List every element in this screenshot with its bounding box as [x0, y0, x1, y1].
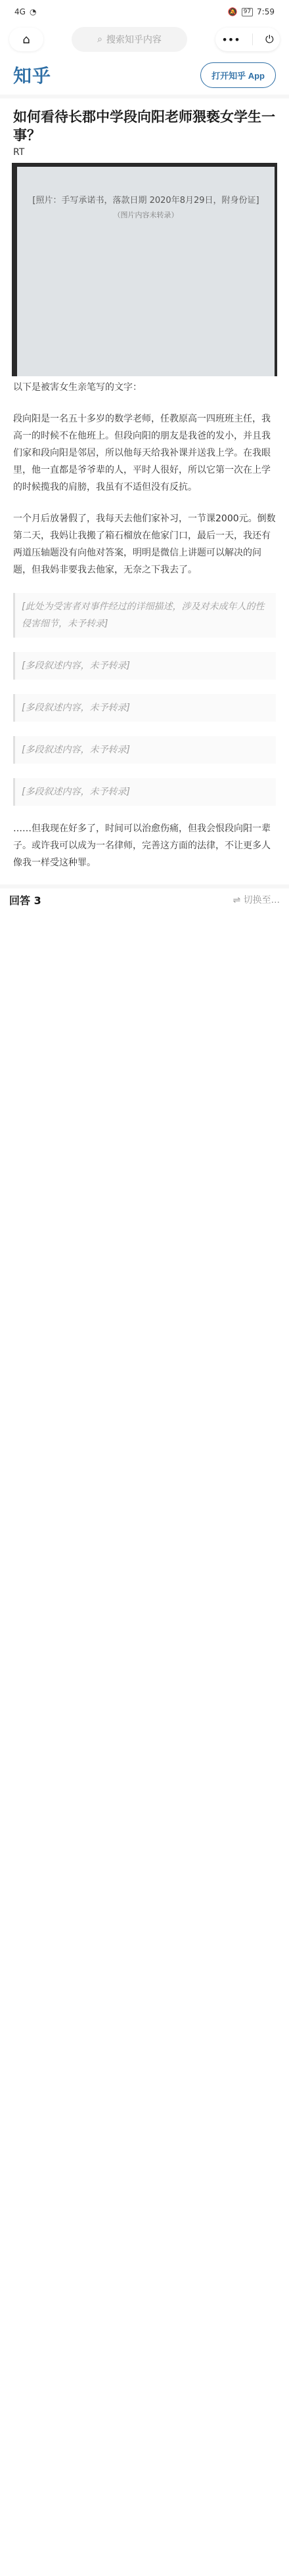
answer-count: 回答 3: [9, 892, 41, 907]
wifi-icon: ◔: [30, 7, 36, 16]
search-icon: ⌕: [97, 34, 102, 45]
signal-icon: 4G: [14, 7, 26, 16]
omitted-paragraph: [多段叙述内容，未予转录]: [13, 778, 276, 806]
question-description: RT: [13, 147, 276, 158]
omitted-paragraph: [此处为受害者对事件经过的详细描述，涉及对未成年人的性侵害细节，未予转录]: [13, 593, 276, 638]
omitted-paragraph: [多段叙述内容，未予转录]: [13, 694, 276, 722]
footer-bar: 回答 3 ⇌ 切换至...: [0, 884, 289, 911]
mute-icon: 🔕: [228, 7, 238, 16]
answer-paragraph: 一个月后放暑假了，我每天去他们家补习，一节课2000元。倒数第二天，我妈让我搬了…: [13, 510, 276, 579]
question: 如何看待长郡中学段向阳老师猥亵女学生一事？ RT: [0, 98, 289, 158]
status-bar: 4G ◔ 🔕 97 7:59: [0, 0, 289, 24]
browser-bar: ⌂ ⌕ 搜索知乎内容 ••• ⏻: [0, 24, 289, 55]
status-right: 🔕 97 7:59: [228, 7, 275, 16]
zhihu-logo[interactable]: 知乎: [13, 62, 51, 88]
answer-paragraph: 段向阳是一名五十多岁的数学老师，任教原高一四班班主任，我高一的时候不在他班上。但…: [13, 410, 276, 496]
site-header: 知乎 打开知乎 App: [0, 55, 289, 98]
home-icon: ⌂: [22, 33, 30, 47]
answer-paragraph: 以下是被害女生亲笔写的文字：: [13, 379, 276, 396]
omitted-paragraph: [多段叙述内容，未予转录]: [13, 652, 276, 680]
clock: 7:59: [257, 7, 275, 16]
status-left: 4G ◔: [14, 7, 36, 16]
photo-note: （图片内容未转录）: [114, 209, 179, 220]
search-input[interactable]: ⌕ 搜索知乎内容: [72, 27, 187, 52]
question-title: 如何看待长郡中学段向阳老师猥亵女学生一事？: [13, 108, 276, 144]
search-placeholder: 搜索知乎内容: [106, 33, 162, 46]
home-button[interactable]: ⌂: [9, 28, 43, 51]
switch-button[interactable]: ⇌ 切换至...: [233, 893, 280, 906]
open-app-button[interactable]: 打开知乎 App: [200, 62, 276, 88]
capsule-divider: [252, 33, 253, 45]
mini-program-capsule: ••• ⏻: [215, 28, 280, 51]
close-button[interactable]: ⏻: [265, 33, 274, 46]
photo-paper: [照片：手写承诺书，落款日期 2020年8月29日，附身份证] （图片内容未转录…: [17, 167, 275, 376]
more-button[interactable]: •••: [221, 33, 240, 46]
photo-alt: [照片：手写承诺书，落款日期 2020年8月29日，附身份证]: [32, 193, 259, 206]
pledge-letter-photo[interactable]: [照片：手写承诺书，落款日期 2020年8月29日，附身份证] （图片内容未转录…: [12, 163, 277, 376]
battery-indicator: 97: [242, 8, 253, 16]
omitted-paragraph: [多段叙述内容，未予转录]: [13, 736, 276, 764]
answer-paragraph: ……但我现在好多了，时间可以治愈伤痛，但我会恨段向阳一辈子。或许我可以成为一名律…: [13, 820, 276, 871]
answer-body: 以下是被害女生亲笔写的文字：段向阳是一名五十多岁的数学老师，任教原高一四班班主任…: [0, 379, 289, 884]
